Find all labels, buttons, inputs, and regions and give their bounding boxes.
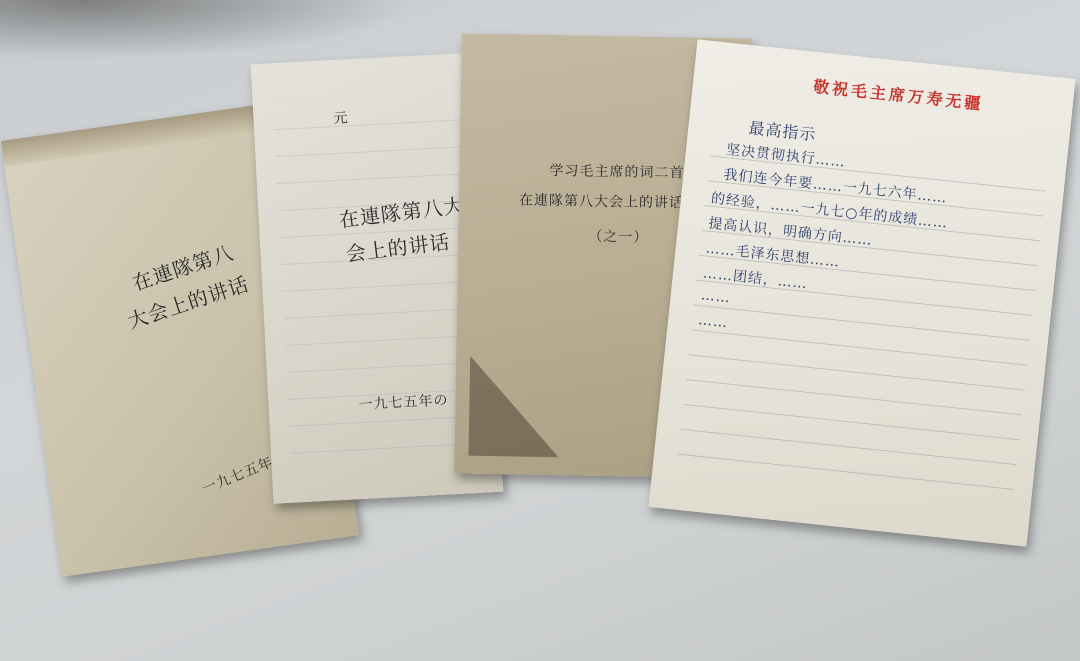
corner-mark: 元 [333, 107, 349, 128]
shadow [0, 0, 420, 60]
red-header: 敬祝毛主席万寿无疆 [812, 74, 984, 115]
body-line: …… [700, 287, 732, 306]
subtitle: （之一） [588, 226, 648, 247]
body-line: …… [697, 312, 729, 331]
folded-corner [468, 356, 560, 458]
title-line-2: 在連隊第八大会上的讲话 [519, 190, 684, 213]
title-line-1: 学习毛主席的词二首 [549, 160, 684, 182]
manuscript-4: 敬祝毛主席万寿无疆 最高指示 坚决贯彻执行…… 我们连今年要……一九七六年…… … [648, 39, 1075, 546]
